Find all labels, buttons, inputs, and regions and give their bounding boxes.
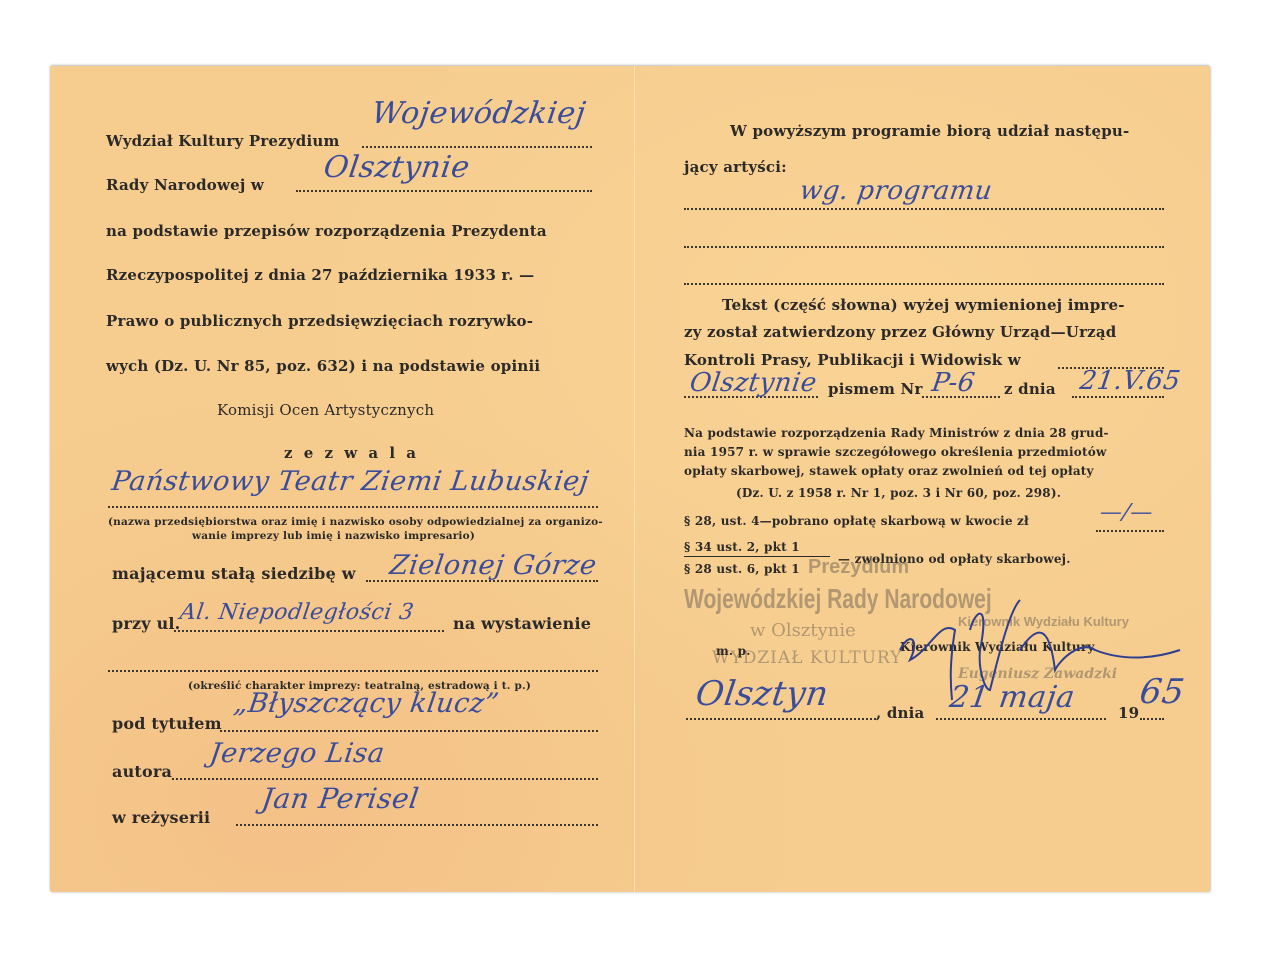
handwritten-fee-amount: —/—: [1098, 500, 1154, 525]
dotted-line: [1096, 530, 1164, 532]
handwritten-seat: Zielonej Górze: [388, 550, 599, 581]
day-label: , dnia: [876, 704, 924, 722]
artists-text: W powyższym programie biorą udział nastę…: [730, 122, 1129, 140]
director-label: w reżyserii: [112, 808, 210, 827]
center-fold: [634, 66, 635, 892]
dotted-line: [362, 146, 592, 148]
fee-regulation-text: nia 1957 r. w sprawie szczegółowego okre…: [684, 445, 1106, 459]
handwritten-year: 65: [1137, 672, 1187, 712]
handwritten-city: Olsztynie: [322, 150, 472, 185]
dotted-line: [220, 730, 598, 732]
fee-collected-text: § 28, ust. 4—pobrano opłatę skarbową w k…: [684, 514, 1029, 528]
exemption-clause-b: § 28 ust. 6, pkt 1: [684, 562, 800, 576]
staging-label: na wystawienie: [453, 614, 591, 633]
artists-text: jący artyści:: [684, 158, 787, 176]
year-prefix: 19: [1118, 704, 1139, 722]
fee-regulation-text: Na podstawie rozporządzenia Rady Ministr…: [684, 426, 1109, 440]
dotted-line: [684, 208, 1164, 210]
dotted-line: [108, 506, 598, 508]
street-label: przy ul.: [112, 614, 180, 633]
entity-note: (nazwa przedsiębiorstwa oraz imię i nazw…: [108, 516, 603, 528]
dotted-line: [1072, 396, 1164, 398]
handwritten-letter-number: P-6: [930, 368, 977, 398]
seat-label: mającemu stałą siedzibę w: [112, 564, 356, 583]
title-label: pod tytułem: [112, 714, 222, 733]
author-label: autora: [112, 762, 172, 781]
dotted-line: [296, 190, 592, 192]
entity-note: wanie imprezy lub imię i nazwisko impres…: [192, 530, 475, 542]
handwritten-director: Jan Perisel: [260, 782, 421, 815]
dotted-line: [686, 718, 876, 720]
handwritten-title: „Błyszczący klucz”: [232, 688, 501, 719]
date-label: z dnia: [1004, 380, 1056, 398]
council-label: Rady Narodowej w: [106, 176, 264, 194]
legal-text-line: wych (Dz. U. Nr 85, poz. 632) i na podst…: [106, 357, 540, 375]
dotted-line: [236, 824, 598, 826]
legal-text-line: na podstawie przepisów rozporządzenia Pr…: [106, 222, 547, 240]
fee-regulation-text: opłaty skarbowej, stawek opłaty oraz zwo…: [684, 464, 1094, 478]
handwritten-approval-date: 21.V.65: [1078, 366, 1183, 396]
commission-name: Komisji Ocen Artystycznych: [217, 401, 434, 419]
handwritten-sign-date: 21 maja: [948, 680, 1078, 715]
dotted-line: [684, 283, 1164, 285]
censorship-text: zy został zatwierdzony przez Główny Urzą…: [684, 323, 1117, 341]
permits-heading: z e z w a l a: [284, 444, 419, 462]
handwritten-street: Al. Niepodległości 3: [178, 600, 415, 625]
handwritten-sign-place: Olsztyn: [693, 674, 831, 714]
dotted-line: [108, 670, 598, 672]
legal-text-line: Prawo o publicznych przedsięwzięciach ro…: [106, 312, 533, 330]
handwritten-censor-city: Olsztynie: [688, 368, 819, 398]
letter-label: pismem Nr: [828, 380, 923, 398]
stamp-text: Prezydium: [808, 556, 909, 579]
dotted-line: [936, 718, 1106, 720]
handwritten-entity: Państwowy Teatr Ziemi Lubuskiej: [110, 466, 591, 497]
legal-text-line: Rzeczypospolitej z dnia 27 października …: [106, 266, 534, 284]
stamp-text: w Olsztynie: [750, 620, 856, 641]
dotted-line: [172, 778, 598, 780]
exemption-clause-a: § 34 ust. 2, pkt 1: [684, 540, 800, 554]
dotted-line: [174, 630, 444, 632]
dotted-line: [1140, 718, 1164, 720]
censorship-text: Tekst (część słowna) wyżej wymienionej i…: [722, 296, 1125, 314]
censorship-text: Kontroli Prasy, Publikacji i Widowisk w: [684, 351, 1021, 369]
seal-place-label: m. p.: [716, 644, 751, 658]
handwritten-artists: wg. programu: [798, 176, 994, 206]
fee-regulation-text: (Dz. U. z 1958 r. Nr 1, poz. 3 i Nr 60, …: [736, 486, 1061, 500]
department-label: Wydział Kultury Prezydium: [106, 132, 340, 150]
dotted-line: [684, 246, 1164, 248]
handwritten-voivodeship: Wojewódzkiej: [370, 96, 588, 131]
handwritten-author: Jerzego Lisa: [208, 738, 387, 769]
